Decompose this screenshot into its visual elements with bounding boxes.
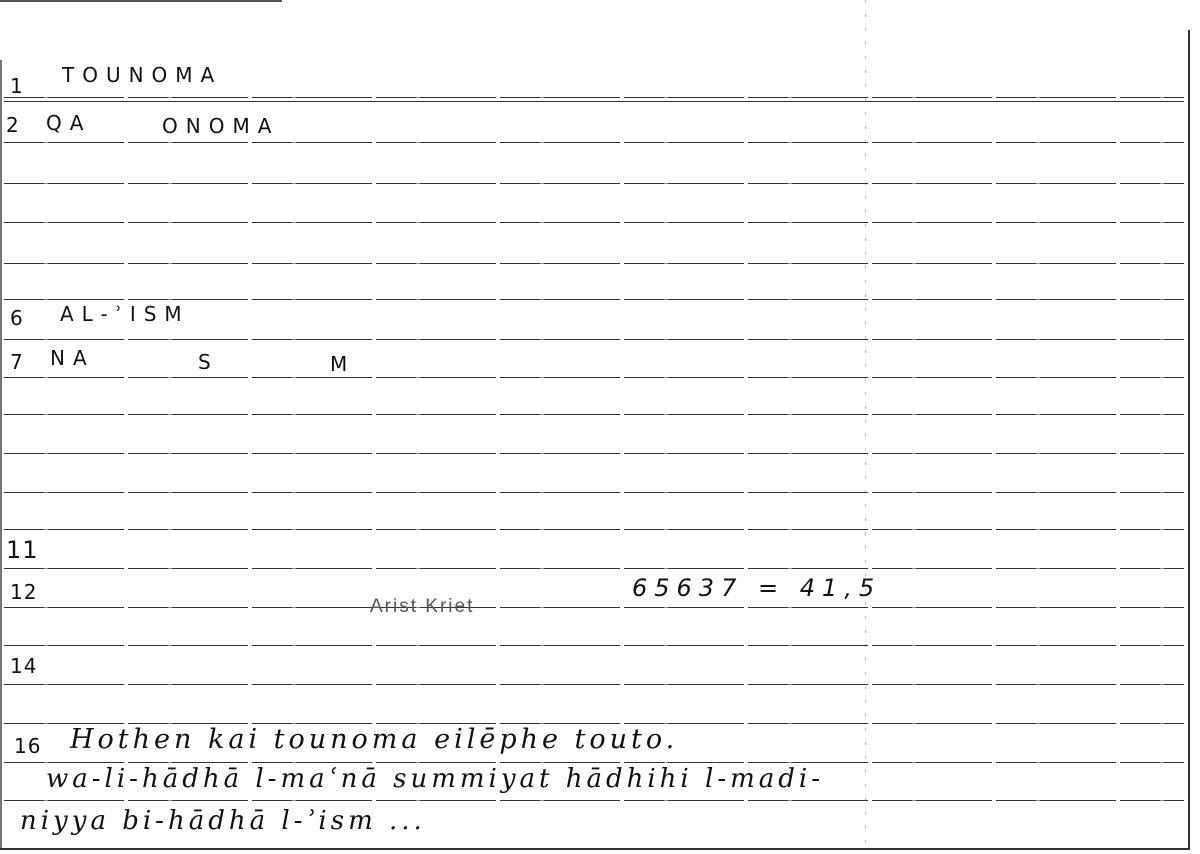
card-left-edge <box>0 60 2 850</box>
greek-form: ONOMA <box>162 114 279 138</box>
number-marker: S <box>198 350 219 374</box>
ruled-line <box>4 568 1184 569</box>
card-bottom-edge <box>0 848 1190 850</box>
ruled-line <box>4 607 1184 608</box>
line-number: 11 <box>6 536 39 564</box>
greek-sentence: Hothen kai tounoma eilēphe touto. <box>70 724 678 755</box>
line-number: 12 <box>10 580 37 604</box>
source-stamp: Arist Kriet <box>370 596 474 618</box>
ruled-line <box>4 529 1184 530</box>
line-number: 14 <box>10 654 37 678</box>
ruled-line <box>4 645 1184 646</box>
ruled-line <box>4 377 1184 378</box>
ruled-line <box>4 142 1184 143</box>
ruled-line <box>4 183 1184 184</box>
ruled-line <box>4 800 1184 801</box>
line-number: 2 <box>6 113 20 137</box>
card-fold-line <box>865 0 866 854</box>
ruled-line <box>4 222 1184 223</box>
greek-term: TOUNOMA <box>62 63 222 87</box>
arabic-translation-line-1: wa-li-hādhā l-maʿnā summiyat hādhihi l-m… <box>46 764 824 794</box>
ruled-line <box>4 684 1184 685</box>
grammar-label: NA <box>50 346 95 370</box>
ruled-line <box>4 101 1184 102</box>
index-card: 1 TOUNOMA 2 QA ONOMA 6 AL-ʾISM 7 NA S M … <box>0 0 1200 854</box>
line-number: 7 <box>10 350 24 374</box>
line-number: 16 <box>14 734 41 758</box>
ruled-line <box>4 263 1184 264</box>
arabic-translation-line-2: niyya bi-hādhā l-ʾism ... <box>20 806 426 836</box>
ruled-line <box>4 453 1184 454</box>
line-number: 1 <box>10 74 24 98</box>
grammar-label: QA <box>46 111 91 135</box>
arabic-term: AL-ʾISM <box>60 302 190 326</box>
gender-marker: M <box>330 352 355 376</box>
ruled-line <box>4 414 1184 415</box>
ruled-line <box>4 339 1184 340</box>
ruled-line <box>4 492 1184 493</box>
line-number: 6 <box>10 306 24 330</box>
card-right-edge <box>1188 30 1190 848</box>
reference-number: 65637 = 41,5 <box>632 574 881 602</box>
ruled-line <box>4 299 1184 300</box>
ruled-line <box>4 97 1184 98</box>
card-top-edge <box>0 0 282 2</box>
ruled-line <box>4 762 1184 763</box>
